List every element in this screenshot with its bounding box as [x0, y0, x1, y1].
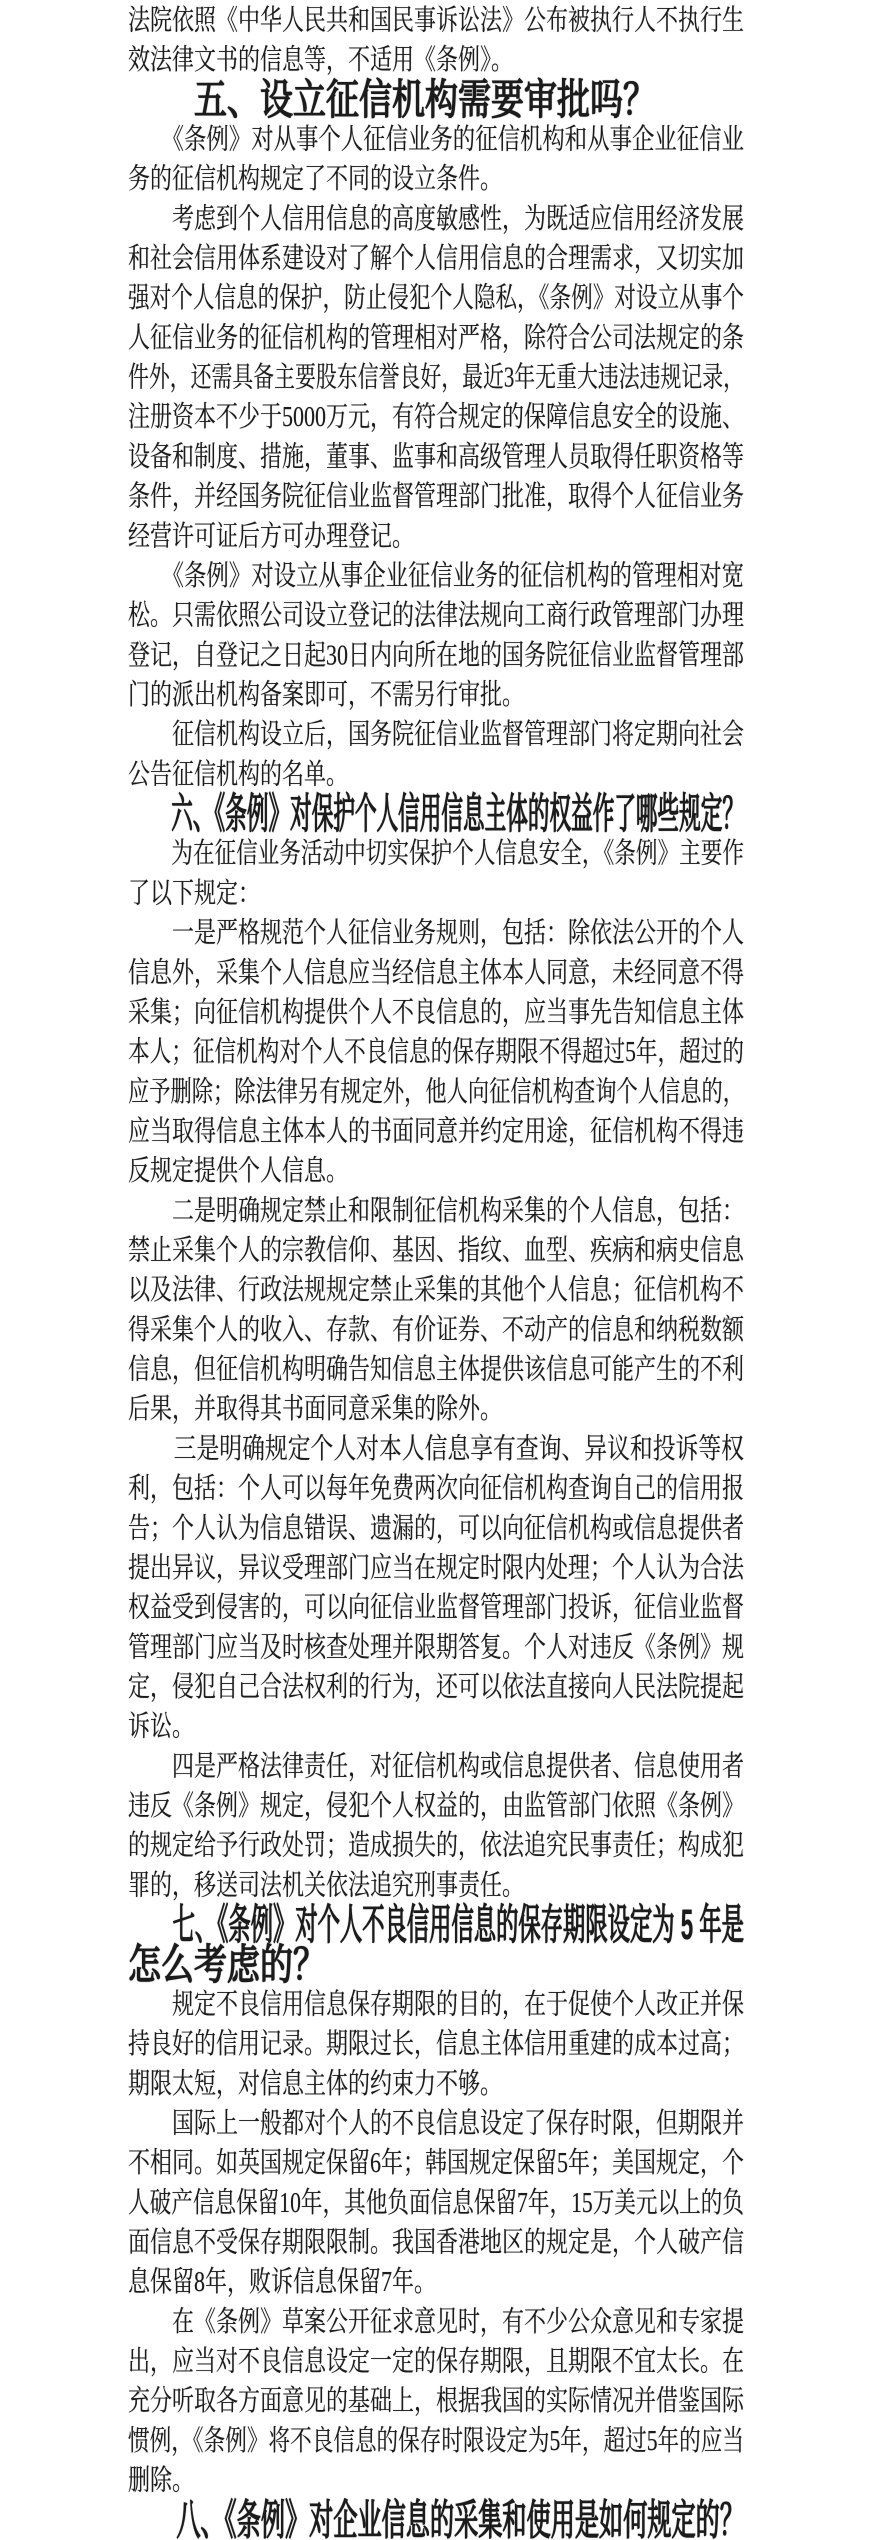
text-line: 《条例》对从事个人征信业务的征信机构和从事企业征信业 [128, 119, 755, 159]
text-line: 条件，并经国务院征信业监督管理部门批准，取得个人征信业务 [128, 476, 744, 516]
line-text: 违反《条例》规定，侵犯个人权益的，由监管部门依照《条例》 [128, 1789, 744, 1821]
line-text: 松。只需依照公司设立登记的法律法规向工商行政管理部门办理 [128, 599, 744, 631]
text-line: 经营许可证后方可办理登记。 [128, 516, 744, 556]
text-line: 强对个人信息的保护，防止侵犯个人隐私，《条例》对设立从事个 [128, 278, 733, 318]
line-text: 征信机构设立后，国务院征信业监督管理部门将定期向社会 [128, 718, 744, 750]
line-text: 了以下规定： [128, 877, 260, 909]
paragraph: 规定不良信用信息保存期限的目的，在于促使个人改正并保持良好的信用记录。期限过长，… [128, 1984, 744, 2103]
text-line: 定，侵犯自己合法权利的行为，还可以依法直接向人民法院提起 [128, 1667, 744, 1707]
question-heading: 五、设立征信机构需要审批吗？ [128, 79, 744, 119]
text-line: 三是明确规定个人对本人信息享有查询、异议和投诉等权 [128, 1428, 767, 1468]
text-line: 应当取得信息主体本人的书面同意并约定用途，征信机构不得违 [128, 1111, 744, 1151]
heading-line: 怎么考虑的？ [128, 1944, 744, 1984]
text-line: 禁止采集个人的宗教信仰、基因、指纹、血型、疾病和病史信息 [128, 1230, 744, 1270]
text-line: 件外，还需具备主要股东信誉良好，最近3年无重大违法违规记录， [128, 357, 713, 397]
text-line: 设备和制度、措施，董事、监事和高级管理人员取得任职资格等 [128, 436, 744, 476]
line-text: 息保留8年，败诉信息保留7年。 [128, 2266, 436, 2298]
line-text: 提出异议，异议受理部门应当在规定时限内处理；个人认为合法 [128, 1551, 744, 1583]
line-text: 八、《条例》对企业信息的采集和使用是如何规定的？ [128, 2496, 744, 2540]
text-line: 应予删除；除法律另有规定外，他人向征信机构查询个人信息的， [128, 1071, 723, 1111]
line-text: 得采集个人的收入、存款、有价证券、不动产的信息和纳税数额 [128, 1313, 744, 1345]
text-line: 考虑到个人信用信息的高度敏感性，为既适应信用经济发展 [128, 198, 744, 238]
line-text: 诉讼。 [128, 1710, 194, 1742]
text-line: 国际上一般都对个人的不良信息设定了保存时限，但期限并 [128, 2103, 744, 2143]
line-text: 以及法律、行政法规规定禁止采集的其他个人信息；征信机构不 [128, 1274, 744, 1306]
line-text: 和社会信用体系建设对了解个人信用信息的合理需求，又切实加 [128, 242, 744, 274]
scanned-document-screenshot: { "colors": { "page_background": "#fffff… [0, 0, 875, 2540]
line-text: 七、《条例》对个人不良信用信息的保存期限设定为 5 年是 [128, 1901, 744, 1948]
text-line: 以及法律、行政法规规定禁止采集的其他个人信息；征信机构不 [128, 1270, 744, 1310]
paragraph-continuation: 法院依照《中华人民共和国民事诉讼法》公布被执行人不执行生效法律文书的信息等，不适… [128, 0, 744, 79]
text-line: 为在征信业务活动中切实保护个人信息安全，《条例》主要作 [128, 833, 733, 873]
paragraph: 《条例》对从事个人征信业务的征信机构和从事企业征信业务的征信机构规定了不同的设立… [128, 119, 744, 198]
text-line: 息保留8年，败诉信息保留7年。 [128, 2262, 744, 2302]
paragraph: 三是明确规定个人对本人信息享有查询、异议和投诉等权利，包括：个人可以每年免费两次… [128, 1428, 744, 1745]
line-text: 设备和制度、措施，董事、监事和高级管理人员取得任职资格等 [128, 440, 744, 472]
line-text: 一是严格规范个人征信业务规则，包括：除依法公开的个人 [128, 916, 744, 948]
text-line: 本人；征信机构对个人不良信息的保存期限不得超过5年，超过的 [128, 1032, 733, 1072]
heading-line: 六、《条例》对保护个人信用信息主体的权益作了哪些规定？ [128, 794, 531, 834]
line-text: 人征信业务的征信机构的管理相对严格，除符合公司法规定的条 [128, 321, 744, 353]
line-text: 为在征信业务活动中切实保护个人信息安全，《条例》主要作 [128, 837, 744, 869]
line-text: 期限太短，对信息主体的约束力不够。 [128, 2067, 502, 2099]
paragraph: 一是严格规范个人征信业务规则，包括：除依法公开的个人信息外，采集个人信息应当经信… [128, 913, 744, 1191]
paragraph: 征信机构设立后，国务院征信业监督管理部门将定期向社会公告征信机构的名单。 [128, 714, 744, 793]
text-line: 期限太短，对信息主体的约束力不够。 [128, 2063, 744, 2103]
paragraph: 二是明确规定禁止和限制征信机构采集的个人信息，包括：禁止采集个人的宗教信仰、基因… [128, 1190, 744, 1428]
line-text: 强对个人信息的保护，防止侵犯个人隐私，《条例》对设立从事个 [128, 282, 744, 314]
line-text: 门的派出机构备案即可，不需另行审批。 [128, 678, 524, 710]
text-line: 提出异议，异议受理部门应当在规定时限内处理；个人认为合法 [128, 1548, 744, 1588]
line-text: 效法律文书的信息等，不适用《条例》。 [128, 44, 513, 76]
line-text: 利，包括：个人可以每年免费两次向征信机构查询自己的信用报 [128, 1472, 744, 1504]
line-text: 应当取得信息主体本人的书面同意并约定用途，征信机构不得违 [128, 1115, 744, 1147]
text-line: 利，包括：个人可以每年免费两次向征信机构查询自己的信用报 [128, 1468, 744, 1508]
line-text: 国际上一般都对个人的不良信息设定了保存时限，但期限并 [128, 2107, 744, 2139]
line-text: 管理部门应当及时核查处理并限期答复。个人对违反《条例》规 [128, 1631, 744, 1663]
text-line: 信息，但征信机构明确告知信息主体提供该信息可能产生的不利 [128, 1349, 744, 1389]
line-text: 充分听取各方面意见的基础上，根据我国的实际情况并借鉴国际 [128, 2385, 744, 2417]
text-line: 登记，自登记之日起30日内向所在地的国务院征信业监督管理部 [128, 635, 744, 675]
line-text: 信息外，采集个人信息应当经信息主体本人同意，未经同意不得 [128, 956, 744, 988]
heading-line: 五、设立征信机构需要审批吗？ [128, 79, 744, 119]
text-line: 告；个人认为信息错误、遗漏的，可以向征信机构或信息提供者 [128, 1508, 744, 1548]
line-text: 面信息不受保存期限限制。我国香港地区的规定是，个人破产信 [128, 2226, 744, 2258]
line-text: 信息，但征信机构明确告知信息主体提供该信息可能产生的不利 [128, 1353, 744, 1385]
text-line: 四是严格法律责任，对征信机构或信息提供者、信息使用者 [128, 1746, 744, 1786]
text-line: 效法律文书的信息等，不适用《条例》。 [128, 40, 744, 80]
line-text: 二是明确规定禁止和限制征信机构采集的个人信息，包括： [128, 1194, 744, 1226]
line-text: 在《条例》草案公开征求意见时，有不少公众意见和专家提 [128, 2305, 744, 2337]
text-line: 和社会信用体系建设对了解个人信用信息的合理需求，又切实加 [128, 238, 744, 278]
line-text: 经营许可证后方可办理登记。 [128, 520, 414, 552]
line-text: 应予删除；除法律另有规定外，他人向征信机构查询个人信息的， [128, 1075, 744, 1107]
line-text: 法院依照《中华人民共和国民事诉讼法》公布被执行人不执行生 [128, 4, 744, 36]
line-text: 采集；向征信机构提供个人不良信息的，应当事先告知信息主体 [128, 996, 744, 1028]
line-text: 权益受到侵害的，可以向征信业监督管理部门投诉，征信业监督 [128, 1591, 744, 1623]
line-text: 《条例》对设立从事企业征信业务的征信机构的管理相对宽 [128, 559, 744, 591]
text-line: 注册资本不少于5000万元，有符合规定的保障信息安全的设施、 [128, 397, 744, 437]
paragraph: 在《条例》草案公开征求意见时，有不少公众意见和专家提出，应当对不良信息设定一定的… [128, 2301, 744, 2499]
line-text: 人破产信息保留10年，其他负面信息保留7年，15万美元以上的负 [128, 2186, 744, 2218]
text-line: 人征信业务的征信机构的管理相对严格，除符合公司法规定的条 [128, 317, 744, 357]
line-text: 告；个人认为信息错误、遗漏的，可以向征信机构或信息提供者 [128, 1512, 744, 1544]
text-line: 《条例》对设立从事企业征信业务的征信机构的管理相对宽 [128, 556, 755, 596]
text-line: 持良好的信用记录。期限过长，信息主体信用重建的成本过高； [128, 2024, 744, 2064]
line-text: 四是严格法律责任，对征信机构或信息提供者、信息使用者 [128, 1750, 744, 1782]
question-heading: 八、《条例》对企业信息的采集和使用是如何规定的？ [128, 2500, 744, 2540]
text-line: 违反《条例》规定，侵犯个人权益的，由监管部门依照《条例》 [128, 1786, 744, 1826]
line-text: 定，侵犯自己合法权利的行为，还可以依法直接向人民法院提起 [128, 1670, 744, 1702]
text-line: 出，应当对不良信息设定一定的保存期限，且期限不宜太长。在 [128, 2341, 744, 2381]
line-text: 本人；征信机构对个人不良信息的保存期限不得超过5年，超过的 [128, 1036, 744, 1068]
text-line: 松。只需依照公司设立登记的法律法规向工商行政管理部门办理 [128, 595, 744, 635]
paragraph: 为在征信业务活动中切实保护个人信息安全，《条例》主要作了以下规定： [128, 833, 744, 912]
line-text: 出，应当对不良信息设定一定的保存期限，且期限不宜太长。在 [128, 2345, 744, 2377]
line-text: 登记，自登记之日起30日内向所在地的国务院征信业监督管理部 [128, 639, 744, 671]
question-heading: 六、《条例》对保护个人信用信息主体的权益作了哪些规定？ [128, 794, 744, 834]
text-line: 面信息不受保存期限限制。我国香港地区的规定是，个人破产信 [128, 2222, 744, 2262]
line-text: 务的征信机构规定了不同的设立条件。 [128, 163, 502, 195]
line-text: 反规定提供个人信息。 [128, 1155, 348, 1187]
line-text: 删除。 [128, 2464, 194, 2496]
text-line: 的规定给予行政处罚；造成损失的，依法追究民事责任；构成犯 [128, 1825, 744, 1865]
paragraph: 考虑到个人信用信息的高度敏感性，为既适应信用经济发展和社会信用体系建设对了解个人… [128, 198, 744, 555]
text-line: 一是严格规范个人征信业务规则，包括：除依法公开的个人 [128, 913, 744, 953]
document-page: 法院依照《中华人民共和国民事诉讼法》公布被执行人不执行生效法律文书的信息等，不适… [0, 0, 875, 2540]
text-line: 删除。 [128, 2460, 744, 2500]
paragraph: 国际上一般都对个人的不良信息设定了保存时限，但期限并不相同。如英国规定保留6年；… [128, 2103, 744, 2301]
text-line: 罪的，移送司法机关依法追究刑事责任。 [128, 1865, 744, 1905]
text-line: 惯例，《条例》将不良信息的保存时限设定为5年，超过5年的应当 [128, 2420, 733, 2460]
line-text: 件外，还需具备主要股东信誉良好，最近3年无重大违法违规记录， [128, 361, 744, 393]
line-text: 的规定给予行政处罚；造成损失的，依法追究民事责任；构成犯 [128, 1829, 744, 1861]
text-line: 权益受到侵害的，可以向征信业监督管理部门投诉，征信业监督 [128, 1587, 744, 1627]
paragraph: 《条例》对设立从事企业征信业务的征信机构的管理相对宽松。只需依照公司设立登记的法… [128, 556, 744, 715]
paragraph: 四是严格法律责任，对征信机构或信息提供者、信息使用者违反《条例》规定，侵犯个人权… [128, 1746, 744, 1905]
line-text: 后果，并取得其书面同意采集的除外。 [128, 1393, 502, 1425]
line-text: 持良好的信用记录。期限过长，信息主体信用重建的成本过高； [128, 2028, 744, 2060]
text-line: 诉讼。 [128, 1706, 744, 1746]
line-text: 规定不良信用信息保存期限的目的，在于促使个人改正并保 [128, 1988, 744, 2020]
text-line: 法院依照《中华人民共和国民事诉讼法》公布被执行人不执行生 [128, 0, 744, 40]
text-line: 不相同。如英国规定保留6年；韩国规定保留5年；美国规定，个 [128, 2143, 744, 2183]
line-text: 五、设立征信机构需要审批吗？ [128, 76, 656, 123]
document-text-column: 法院依照《中华人民共和国民事诉讼法》公布被执行人不执行生效法律文书的信息等，不适… [128, 0, 744, 2540]
line-text: 六、《条例》对保护个人信用信息主体的权益作了哪些规定？ [128, 790, 744, 837]
line-text: 《条例》对从事个人征信业务的征信机构和从事企业征信业 [128, 123, 744, 155]
text-line: 采集；向征信机构提供个人不良信息的，应当事先告知信息主体 [128, 992, 744, 1032]
text-line: 门的派出机构备案即可，不需另行审批。 [128, 675, 744, 715]
line-text: 公告征信机构的名单。 [128, 758, 348, 790]
text-line: 了以下规定： [128, 873, 744, 913]
heading-line: 八、《条例》对企业信息的采集和使用是如何规定的？ [128, 2500, 579, 2540]
heading-line: 七、《条例》对个人不良信用信息的保存期限设定为 5 年是 [128, 1905, 544, 1945]
text-line: 反规定提供个人信息。 [128, 1151, 744, 1191]
line-text: 考虑到个人信用信息的高度敏感性，为既适应信用经济发展 [128, 202, 744, 234]
line-text: 罪的，移送司法机关依法追究刑事责任。 [128, 1869, 524, 1901]
line-text: 三是明确规定个人对本人信息享有查询、异议和投诉等权 [128, 1432, 744, 1464]
text-line: 得采集个人的收入、存款、有价证券、不动产的信息和纳税数额 [128, 1309, 744, 1349]
text-line: 公告征信机构的名单。 [128, 754, 744, 794]
text-line: 人破产信息保留10年，其他负面信息保留7年，15万美元以上的负 [128, 2182, 733, 2222]
text-line: 后果，并取得其书面同意采集的除外。 [128, 1389, 744, 1429]
text-line: 务的征信机构规定了不同的设立条件。 [128, 159, 744, 199]
question-heading: 七、《条例》对个人不良信用信息的保存期限设定为 5 年是怎么考虑的？ [128, 1905, 744, 1984]
line-text: 不相同。如英国规定保留6年；韩国规定保留5年；美国规定，个 [128, 2147, 744, 2179]
text-line: 规定不良信用信息保存期限的目的，在于促使个人改正并保 [128, 1984, 744, 2024]
line-text: 禁止采集个人的宗教信仰、基因、指纹、血型、疾病和病史信息 [128, 1234, 744, 1266]
text-line: 充分听取各方面意见的基础上，根据我国的实际情况并借鉴国际 [128, 2381, 744, 2421]
text-line: 二是明确规定禁止和限制征信机构采集的个人信息，包括： [128, 1190, 744, 1230]
line-text: 条件，并经国务院征信业监督管理部门批准，取得个人征信业务 [128, 480, 744, 512]
text-line: 征信机构设立后，国务院征信业监督管理部门将定期向社会 [128, 714, 744, 754]
text-line: 在《条例》草案公开征求意见时，有不少公众意见和专家提 [128, 2301, 744, 2341]
line-text: 惯例，《条例》将不良信息的保存时限设定为5年，超过5年的应当 [128, 2424, 744, 2456]
text-line: 信息外，采集个人信息应当经信息主体本人同意，未经同意不得 [128, 952, 744, 992]
line-text: 注册资本不少于5000万元，有符合规定的保障信息安全的设施、 [128, 401, 744, 433]
text-line: 管理部门应当及时核查处理并限期答复。个人对违反《条例》规 [128, 1627, 744, 1667]
